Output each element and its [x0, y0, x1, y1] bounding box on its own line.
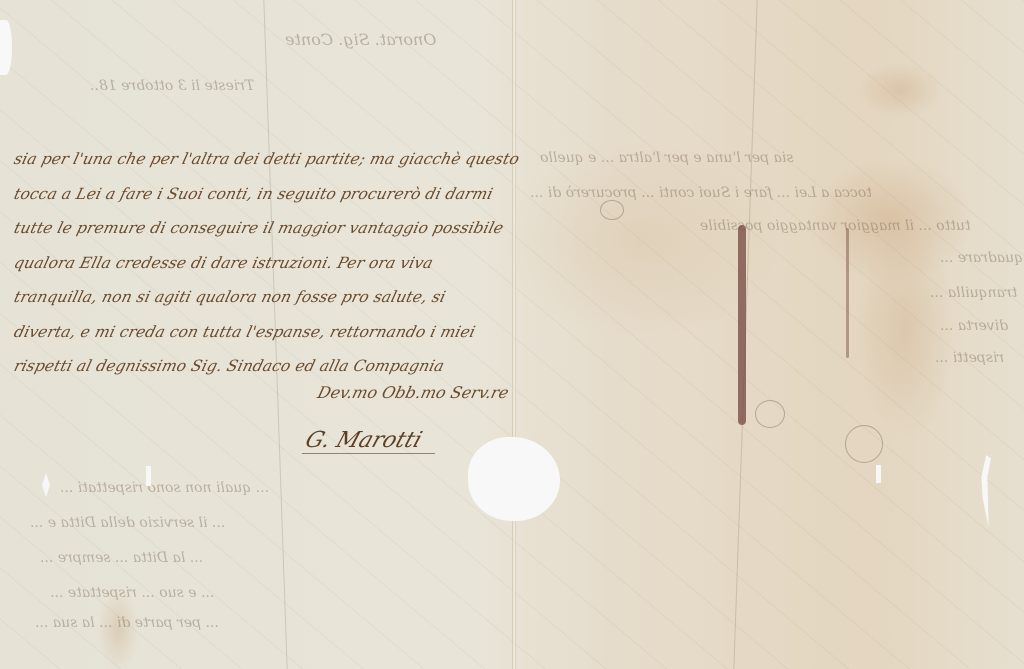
paper-tear	[979, 455, 991, 527]
letter-line: tutte le premure di conseguire il maggio…	[10, 211, 519, 246]
show-through-line: ... il servizio della Ditta e ...	[30, 515, 225, 531]
show-through-address: Onorat. Sig. Conte	[285, 30, 436, 49]
show-through-line: ... e suo ... rispettate ...	[50, 585, 214, 601]
letter-line: sia per l'una che per l'altra dei detti …	[10, 142, 519, 177]
paper-slit	[876, 465, 881, 483]
seal-hole	[468, 437, 560, 521]
letter-line: diverta, e mi creda con tutta l'espanse,…	[10, 315, 519, 350]
show-through-line: tranquilla ...	[930, 285, 1017, 301]
show-through-line: diverta ...	[940, 318, 1008, 334]
letter-signature: G. Marotti	[302, 428, 443, 454]
show-through-line: rispetti ...	[935, 350, 1004, 366]
letter-body: sia per l'una che per l'altra dei detti …	[10, 142, 510, 384]
letter-line: tocca a Lei a fare i Suoi conti, in segu…	[10, 177, 519, 212]
letter-line: qualora Ella credesse di dare istruzioni…	[10, 246, 519, 281]
paper-slit	[42, 473, 50, 497]
show-through-line: tocca a Lei ... fare i Suoi conti ... pr…	[530, 185, 872, 201]
letter-closing: Dev.mo Obb.mo Serv.re	[316, 383, 511, 402]
show-through-line: ... la Ditta ... sempre ...	[40, 550, 203, 566]
ink-bleed-stroke	[846, 228, 849, 358]
show-through-line: quadrare ...	[940, 250, 1023, 266]
show-through-line: ... per parte di ... la sua ...	[35, 615, 219, 631]
letter-line: rispetti al degnissimo Sig. Sindaco ed a…	[10, 349, 519, 384]
show-through-line: ... quali non sono rispettati ...	[60, 480, 269, 496]
edge-tear	[0, 20, 12, 75]
show-through-date: Trieste li 3 ottobre 18..	[90, 78, 254, 94]
ghost-circle	[755, 400, 785, 428]
paper-slit	[146, 466, 151, 486]
show-through-line: sia per l'una e per l'altra ... e quello	[540, 150, 794, 166]
ink-bleed-stroke	[738, 225, 746, 425]
letter-line: tranquilla, non si agiti qualora non fos…	[10, 280, 519, 315]
ghost-circle	[600, 200, 624, 220]
ghost-circle	[845, 425, 883, 463]
letter-sheet: Onorat. Sig. Conte Trieste li 3 ottobre …	[0, 0, 1024, 669]
